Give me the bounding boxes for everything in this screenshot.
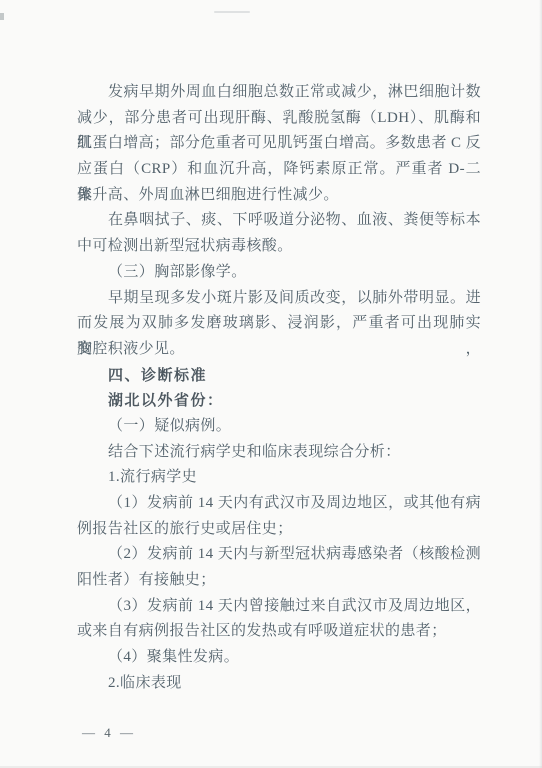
scan-artifact-streak <box>214 11 250 13</box>
text-line: 而发展为双肺多发磨玻璃影、浸润影，严重者可出现肺实变， <box>77 311 481 337</box>
document-body: 发病早期外周血白细胞总数正常或减少，淋巴细胞计数 减少，部分患者可出现肝酶、乳酸… <box>77 80 481 697</box>
subsection-heading-chest-imaging: （三）胸部影像学。 <box>77 260 481 286</box>
text-line: 早期呈现多发小斑片影及间质改变，以肺外带明显。进 <box>77 286 481 312</box>
text-line: 阳性者）有接触史； <box>77 568 481 594</box>
text-line: （2）发病前 14 天内与新型冠状病毒感染者（核酸检测 <box>77 542 481 568</box>
list-item-clinical-manifestation: 2.临床表现 <box>77 671 481 697</box>
section-heading-diagnosis-criteria: 四、诊断标准 <box>77 363 481 389</box>
subsection-heading-outside-hubei: 湖北以外省份： <box>77 388 481 414</box>
scanned-document-page: 发病早期外周血白细胞总数正常或减少，淋巴细胞计数 减少，部分患者可出现肝酶、乳酸… <box>0 0 542 768</box>
text-line: 发病早期外周血白细胞总数正常或减少，淋巴细胞计数 <box>77 80 481 106</box>
text-line: 减少，部分患者可出现肝酶、乳酸脱氢酶（LDH）、肌酶和肌 <box>77 106 481 132</box>
text-line: 或来自有病例报告社区的发热或有呼吸道症状的患者； <box>77 619 481 645</box>
text-line: （1）发病前 14 天内有武汉市及周边地区，或其他有病 <box>77 491 481 517</box>
text-line: 例报告社区的旅行史或居住史； <box>77 517 481 543</box>
text-line: 体升高、外周血淋巴细胞进行性减少。 <box>77 183 481 209</box>
text-line: 结合下述流行病学史和临床表现综合分析： <box>77 440 481 466</box>
text-line: （3）发病前 14 天内曾接触过来自武汉市及周边地区， <box>77 594 481 620</box>
scan-artifact-mark <box>0 13 4 20</box>
text-line: 中可检测出新型冠状病毒核酸。 <box>77 234 481 260</box>
text-line: （4）聚集性发病。 <box>77 645 481 671</box>
subsection-heading-suspected-case: （一）疑似病例。 <box>77 414 481 440</box>
text-line: 在鼻咽拭子、痰、下呼吸道分泌物、血液、粪便等标本 <box>77 208 481 234</box>
text-line: 应蛋白（CRP）和血沉升高，降钙素原正常。严重者 D-二聚 <box>77 157 481 183</box>
list-item-epidemiology-history: 1.流行病学史 <box>77 465 481 491</box>
page-number: — 4 — <box>82 725 136 740</box>
text-line: 红蛋白增高；部分危重者可见肌钙蛋白增高。多数患者 C 反 <box>77 131 481 157</box>
